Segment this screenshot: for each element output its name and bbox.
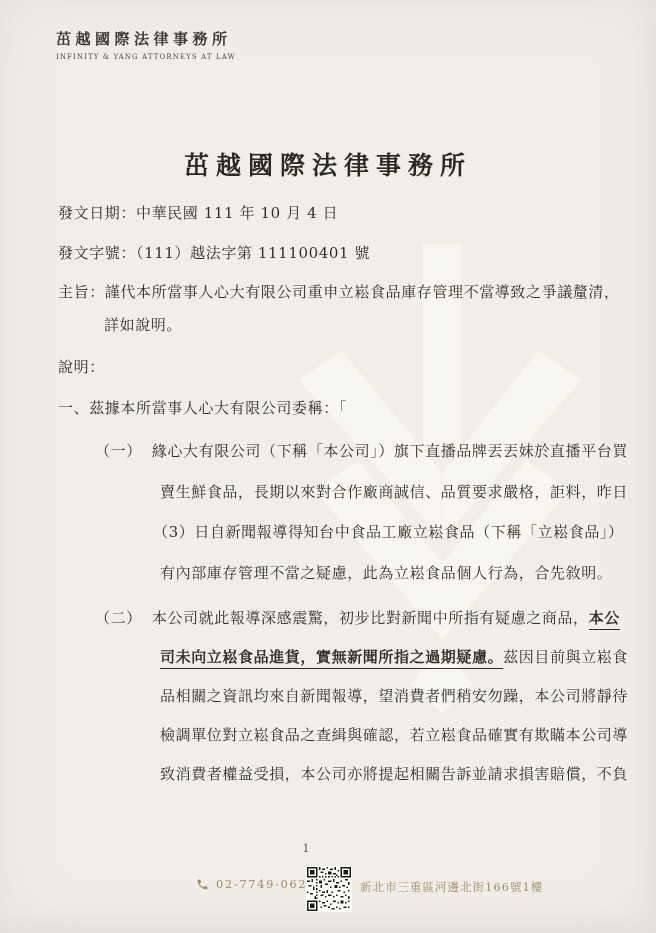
phone-icon — [196, 878, 209, 891]
firm-logo-en: INFINITY & YANG ATTORNEYS AT LAW — [56, 53, 236, 61]
subject-line-1: 主旨：謹代本所當事人心大有限公司重申立崧食品庫存管理不當導致之爭議釐清， — [58, 281, 620, 302]
clause-1-line-2: 賣生鮮食品，長期以來對合作廠商誠信、品質要求嚴格，詎料，昨日 — [160, 481, 628, 502]
clause-2-emphasis-start: 本公 — [589, 609, 620, 630]
clause-2-line-1: （二）本公司就此報導深感震驚，初步比對新聞中所指有疑慮之商品，本公 — [95, 607, 620, 628]
subject-line-2: 詳如說明。 — [104, 314, 182, 335]
item-1-intro: 一、茲據本所當事人心大有限公司委稱：「 — [58, 397, 347, 418]
issue-date-line: 發文日期：中華民國 111 年 10 月 4 日 — [58, 202, 338, 223]
clause-1-line-1: （一）緣心大有限公司（下稱「本公司」）旗下直播品牌丟丟妹於直播平台買 — [95, 440, 628, 461]
clause-2-line-3: 品相關之資訊均來自新聞報導，望消費者們稍安勿躁，本公司將靜待 — [160, 685, 628, 706]
firm-logo-cjk: 茁越國際法律事務所 — [56, 28, 236, 49]
explanation-heading: 說明： — [58, 356, 105, 377]
document-title: 茁越國際法律事務所 — [0, 146, 656, 182]
phone-number: 02-7749-0629 — [216, 877, 316, 891]
clause-1-line-4: 有內部庫存管理不當之疑慮，此為立崧食品個人行為，合先敘明。 — [160, 562, 612, 583]
clause-1-label: （一） — [95, 442, 142, 460]
phone-block: 02-7749-0629 — [196, 877, 316, 891]
clause-1-line-3: （3）日自新聞報導得知台中食品工廠立崧食品（下稱「立崧食品」） — [153, 521, 624, 542]
clause-2-emphasis-end: 司未向立崧食品進貨，實無新聞所指之過期疑慮。 — [160, 648, 503, 669]
clause-2-line-4: 檢調單位對立崧食品之查緝與確認，若立崧食品確實有欺瞞本公司導 — [160, 724, 628, 745]
clause-2-line-2: 司未向立崧食品進貨，實無新聞所指之過期疑慮。茲因目前與立崧食 — [160, 646, 628, 667]
reference-number-line: 發文字號：（111）越法字第 111100401 號 — [58, 242, 370, 263]
clause-2-label: （二） — [95, 609, 142, 627]
page-number: 1 — [0, 842, 612, 855]
office-address: 新北市三重區河邊北街166號1樓 — [360, 879, 543, 895]
firm-logo: 茁越國際法律事務所 INFINITY & YANG ATTORNEYS AT L… — [56, 28, 236, 61]
document-page: 茁越國際法律事務所 INFINITY & YANG ATTORNEYS AT L… — [0, 0, 656, 933]
clause-2-line-5: 致消費者權益受損，本公司亦將提起相關告訴並請求損害賠償，不負 — [160, 763, 628, 784]
qr-code — [306, 866, 352, 912]
